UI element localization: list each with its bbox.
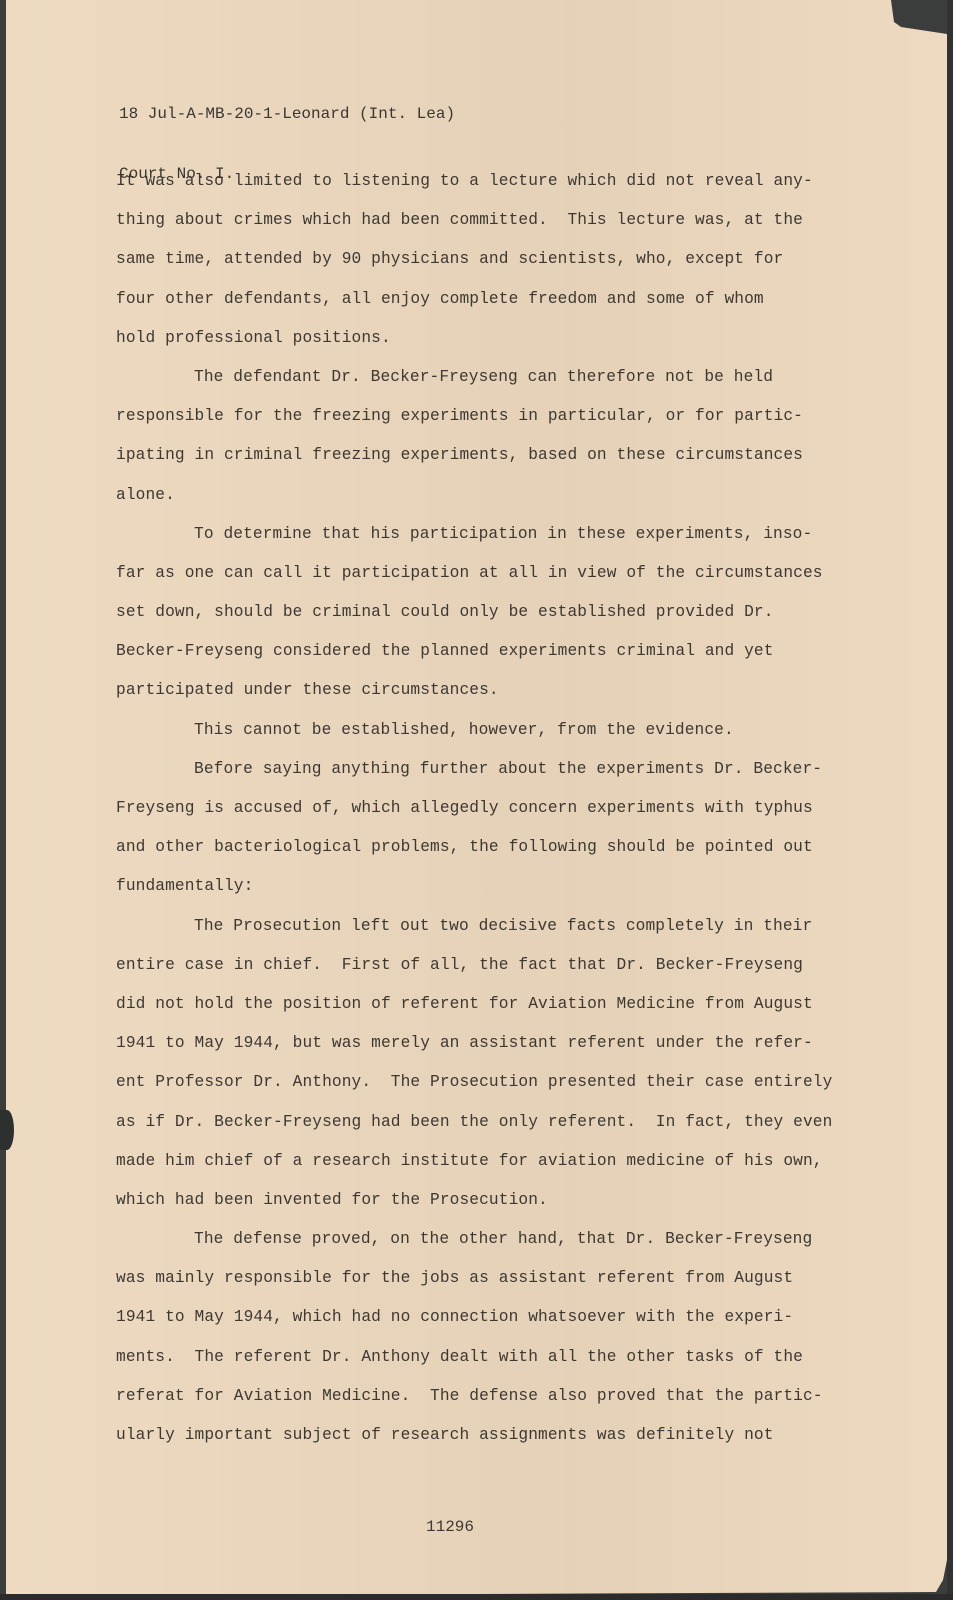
- text-line: which had been invented for the Prosecut…: [116, 1181, 836, 1220]
- document-page: 18 Jul-A-MB-20-1-Leonard (Int. Lea) Cour…: [6, 0, 947, 1596]
- text-line: participated under these circumstances.: [116, 671, 836, 710]
- text-line: hold professional positions.: [116, 319, 836, 358]
- text-line: as if Dr. Becker-Freyseng had been the o…: [116, 1103, 836, 1142]
- text-line: The defense proved, on the other hand, t…: [116, 1220, 836, 1259]
- text-line: ularly important subject of research ass…: [116, 1416, 836, 1455]
- text-line: and other bacteriological problems, the …: [116, 828, 836, 867]
- text-line: entire case in chief. First of all, the …: [116, 946, 836, 985]
- text-line: Before saying anything further about the…: [116, 750, 836, 789]
- text-line: referat for Aviation Medicine. The defen…: [116, 1377, 836, 1416]
- scan-background-edge: [947, 0, 953, 1600]
- text-line: The defendant Dr. Becker-Freyseng can th…: [116, 358, 836, 397]
- text-line: alone.: [116, 476, 836, 515]
- text-line: To determine that his participation in t…: [116, 515, 836, 554]
- text-line: fundamentally:: [116, 867, 836, 906]
- text-line: 1941 to May 1944, which had no connectio…: [116, 1298, 836, 1337]
- text-line: was mainly responsible for the jobs as a…: [116, 1259, 836, 1298]
- text-line: responsible for the freezing experiments…: [116, 397, 836, 436]
- text-line: did not hold the position of referent fo…: [116, 985, 836, 1024]
- scan-background-edge-bottom: [0, 1594, 953, 1600]
- text-line: Freyseng is accused of, which allegedly …: [116, 789, 836, 828]
- document-body: It was also limited to listening to a le…: [116, 162, 836, 1455]
- text-line: set down, should be criminal could only …: [116, 593, 836, 632]
- binder-clip-shadow: [0, 1110, 14, 1150]
- text-line: ipating in criminal freezing experiments…: [116, 436, 836, 475]
- text-line: same time, attended by 90 physicians and…: [116, 240, 836, 279]
- text-line: ments. The referent Dr. Anthony dealt wi…: [116, 1338, 836, 1377]
- text-line: 1941 to May 1944, but was merely an assi…: [116, 1024, 836, 1063]
- text-line: The Prosecution left out two decisive fa…: [116, 907, 836, 946]
- page-number: 11296: [426, 1518, 474, 1536]
- text-line: Becker-Freyseng considered the planned e…: [116, 632, 836, 671]
- text-line: It was also limited to listening to a le…: [116, 162, 836, 201]
- text-line: thing about crimes which had been commit…: [116, 201, 836, 240]
- text-line: ent Professor Dr. Anthony. The Prosecuti…: [116, 1063, 836, 1102]
- text-line: four other defendants, all enjoy complet…: [116, 280, 836, 319]
- header-reference: 18 Jul-A-MB-20-1-Leonard (Int. Lea): [119, 104, 455, 124]
- text-line: made him chief of a research institute f…: [116, 1142, 836, 1181]
- text-line: far as one can call it participation at …: [116, 554, 836, 593]
- text-line: This cannot be established, however, fro…: [116, 711, 836, 750]
